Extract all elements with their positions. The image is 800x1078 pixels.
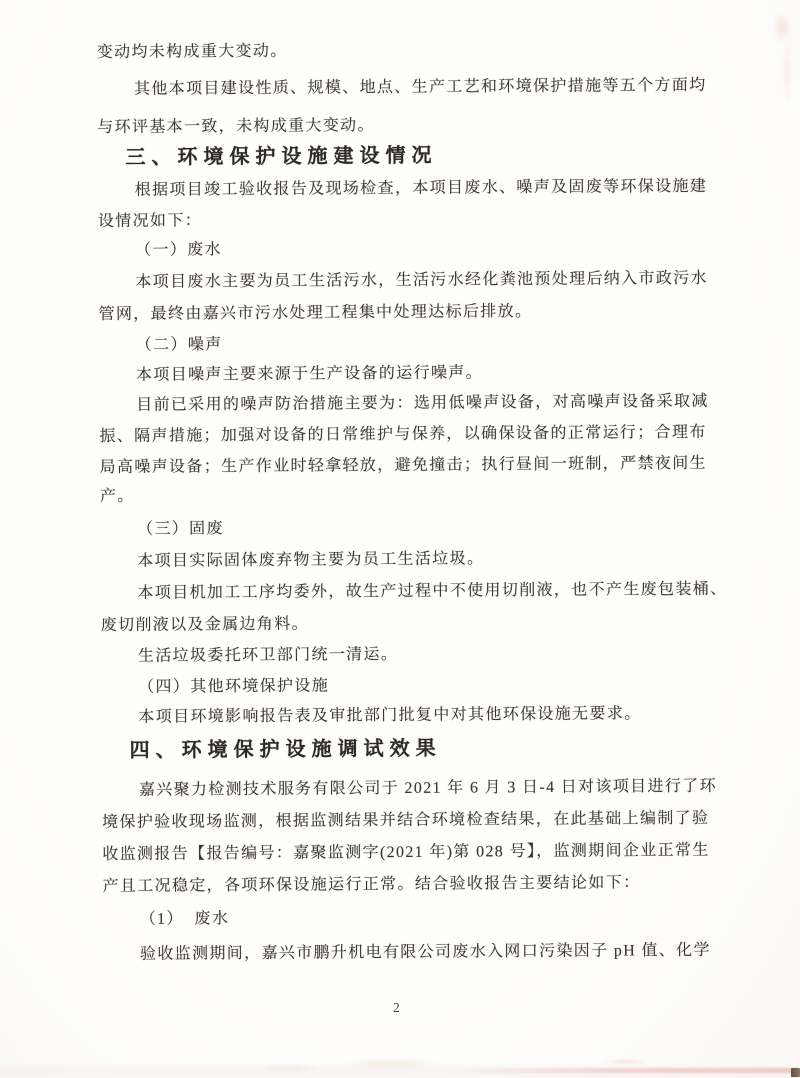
body-line: 收监测报告【报告编号：嘉聚监测字(2021 年)第 028 号】，监测期间企业正… — [102, 837, 710, 864]
body-line: 目前已采用的噪声防治措施主要为：选用低噪声设备，对高噪声设备采取减 — [136, 388, 709, 415]
subsection-label: （1） 废水 — [140, 905, 230, 929]
body-line: 验收监测期间，嘉兴市鹏升机电有限公司废水入网口污染因子 pH 值、化学 — [140, 937, 711, 964]
document-body: 变动均未构成重大变动。 其他本项目建设性质、规模、地点、生产工艺和环境保护措施等… — [0, 0, 800, 1078]
body-line: 局高噪声设备；生产作业时轻拿轻放，避免撞击；执行昼间一班制，严禁夜间生 — [100, 450, 707, 477]
scanned-document-page: { "doc": { "lines": [ { "text": "变动均未构成重… — [0, 0, 800, 1078]
body-line: 与环评基本一致，未构成重大变动。 — [97, 112, 375, 137]
body-line: 本项目机加工工序均委外，故生产过程中不使用切削液，也不产生废包装桶、 — [137, 576, 727, 603]
subsection-label: （三）固废 — [137, 515, 224, 539]
subsection-label: （二）噪声 — [136, 331, 223, 355]
body-line: 产。 — [100, 483, 135, 506]
body-line: 根据项目竣工验收报告及现场检查，本项目废水、噪声及固废等环保设施建 — [135, 173, 708, 200]
body-line: 设情况如下： — [98, 207, 202, 231]
body-line: 管网，最终由嘉兴市污水处理工程集中处理达标后排放。 — [98, 298, 532, 324]
section-heading-3: 三、环境保护设施建设情况 — [125, 139, 437, 170]
body-line: 本项目环境影响报告表及审批部门批复中对其他环保设施无要求。 — [138, 700, 641, 727]
body-line: 变动均未构成重大变动。 — [97, 38, 288, 62]
body-line: 嘉兴聚力检测技术服务有限公司于 2021 年 6 月 3 日-4 日对该项目进行… — [139, 773, 717, 800]
subsection-label: （四）其他环境保护设施 — [138, 672, 329, 696]
body-line: 生活垃圾委托环卫部门统一清运。 — [138, 641, 398, 666]
body-line: 境保护验收现场监测，根据监测结果并结合环境检查结果，在此基础上编制了验 — [102, 805, 709, 832]
page-number: 2 — [3, 997, 789, 1018]
body-line: 本项目废水主要为员工生活污水，生活污水经化粪池预处理后纳入市政污水 — [135, 265, 708, 292]
body-line: 本项目实际固体废弃物主要为员工生活垃圾。 — [137, 545, 484, 570]
body-line: 振、隔声措施；加强对设备的日常维护与保养，以确保设备的正常运行；合理布 — [99, 419, 706, 446]
subsection-label: （一）废水 — [135, 236, 222, 260]
body-line: 其他本项目建设性质、规模、地点、生产工艺和环境保护措施等五个方面均 — [134, 72, 707, 99]
body-line: 废切削液以及金属边角料。 — [101, 611, 309, 635]
section-heading-4: 四、环境保护设施调试效果 — [129, 732, 441, 763]
body-line: 本项目噪声主要来源于生产设备的运行噪声。 — [136, 359, 483, 384]
body-line: 产且工况稳定，各项环保设施运行正常。结合验收报告主要结论如下： — [102, 869, 640, 896]
